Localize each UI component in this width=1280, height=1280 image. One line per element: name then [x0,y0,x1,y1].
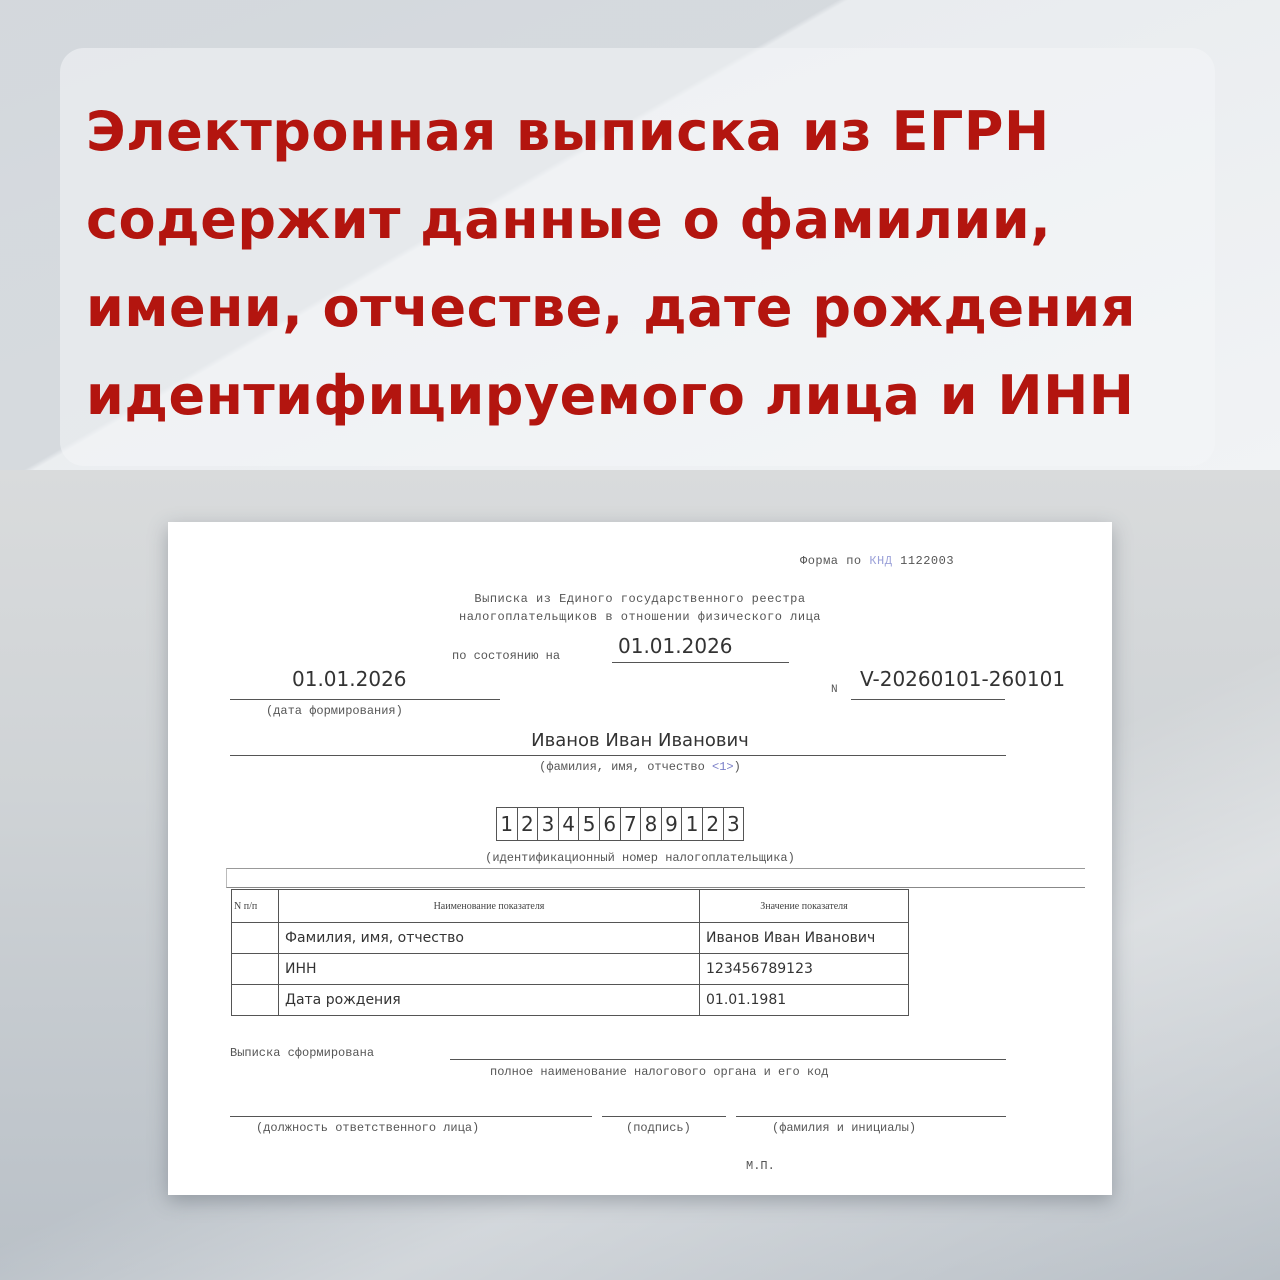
form-code: Форма по КНД 1122003 [800,554,954,568]
table-header-row: N п/п Наименование показателя Значение п… [232,890,909,923]
signature-label: (подпись) [626,1121,691,1135]
form-code-number: 1122003 [900,554,954,568]
header-name: Наименование показателя [279,890,700,923]
table-row: ИНН 123456789123 [232,954,909,985]
number-underline [851,699,1005,700]
formed-by-underline [450,1059,1006,1060]
formation-date-label: (дата формирования) [266,704,403,718]
inn-digit: 5 [578,808,599,840]
headline: Электронная выписка из ЕГРН содержит дан… [86,88,1236,440]
formed-by-label: Выписка сформирована [230,1046,374,1060]
inn-digit: 1 [681,808,702,840]
inn-label: (идентификационный номер налогоплательщи… [168,851,1112,865]
as-of-underline [612,662,789,663]
signature-underline [602,1116,726,1117]
row-name: Фамилия, имя, отчество [279,923,700,954]
inn-digit: 8 [640,808,661,840]
document-title-line2: налогоплательщиков в отношении физическо… [168,610,1112,624]
form-code-prefix: Форма по [800,554,862,568]
position-label: (должность ответственного лица) [256,1121,479,1135]
row-name: ИНН [279,954,700,985]
row-num [232,954,279,985]
row-num [232,923,279,954]
stamp-label: М.П. [746,1159,775,1173]
row-value: 123456789123 [700,954,909,985]
fio-label-text: (фамилия, имя, отчество [539,760,705,774]
name-initials-underline [736,1116,1006,1117]
number-value: V-20260101-260101 [860,667,1065,691]
position-underline [230,1116,592,1117]
separator-box [226,868,1085,888]
fio-footnote: <1> [712,760,734,774]
inn-digit: 2 [702,808,723,840]
inn-digit: 3 [723,808,744,840]
row-value: 01.01.1981 [700,985,909,1016]
indicators-table: N п/п Наименование показателя Значение п… [231,889,909,1016]
formation-date-underline [230,699,500,700]
row-num [232,985,279,1016]
number-label: N [831,684,838,696]
as-of-label: по состоянию на [452,649,560,663]
row-name: Дата рождения [279,985,700,1016]
headline-line: Электронная выписка из ЕГРН [86,88,1236,176]
table-row: Дата рождения 01.01.1981 [232,985,909,1016]
formed-by-sublabel: полное наименование налогового органа и … [490,1065,828,1079]
inn-digit: 6 [599,808,620,840]
inn-digit-boxes: 1 2 3 4 5 6 7 8 9 1 2 3 [496,807,744,841]
headline-line: имени, отчестве, дате рождения [86,264,1236,352]
tax-registry-extract-document: Форма по КНД 1122003 Выписка из Единого … [168,522,1112,1195]
fio-value: Иванов Иван Иванович [168,730,1112,751]
headline-line: идентифицируемого лица и ИНН [86,352,1236,440]
fio-underline [230,755,1006,756]
formation-date-value: 01.01.2026 [292,667,407,691]
header-num: N п/п [232,890,279,923]
table-row: Фамилия, имя, отчество Иванов Иван Ивано… [232,923,909,954]
document-title-line1: Выписка из Единого государственного реес… [168,592,1112,606]
fio-label-end: ) [734,760,741,774]
inn-digit: 1 [497,808,517,840]
fio-label: (фамилия, имя, отчество <1>) [168,760,1112,774]
inn-digit: 4 [558,808,579,840]
form-code-knd: КНД [869,554,892,568]
name-initials-label: (фамилия и инициалы) [772,1121,916,1135]
row-value: Иванов Иван Иванович [700,923,909,954]
inn-digit: 2 [517,808,538,840]
headline-line: содержит данные о фамилии, [86,176,1236,264]
as-of-value: 01.01.2026 [618,634,733,658]
inn-digit: 9 [661,808,682,840]
inn-digit: 3 [537,808,558,840]
inn-digit: 7 [620,808,641,840]
header-value: Значение показателя [700,890,909,923]
